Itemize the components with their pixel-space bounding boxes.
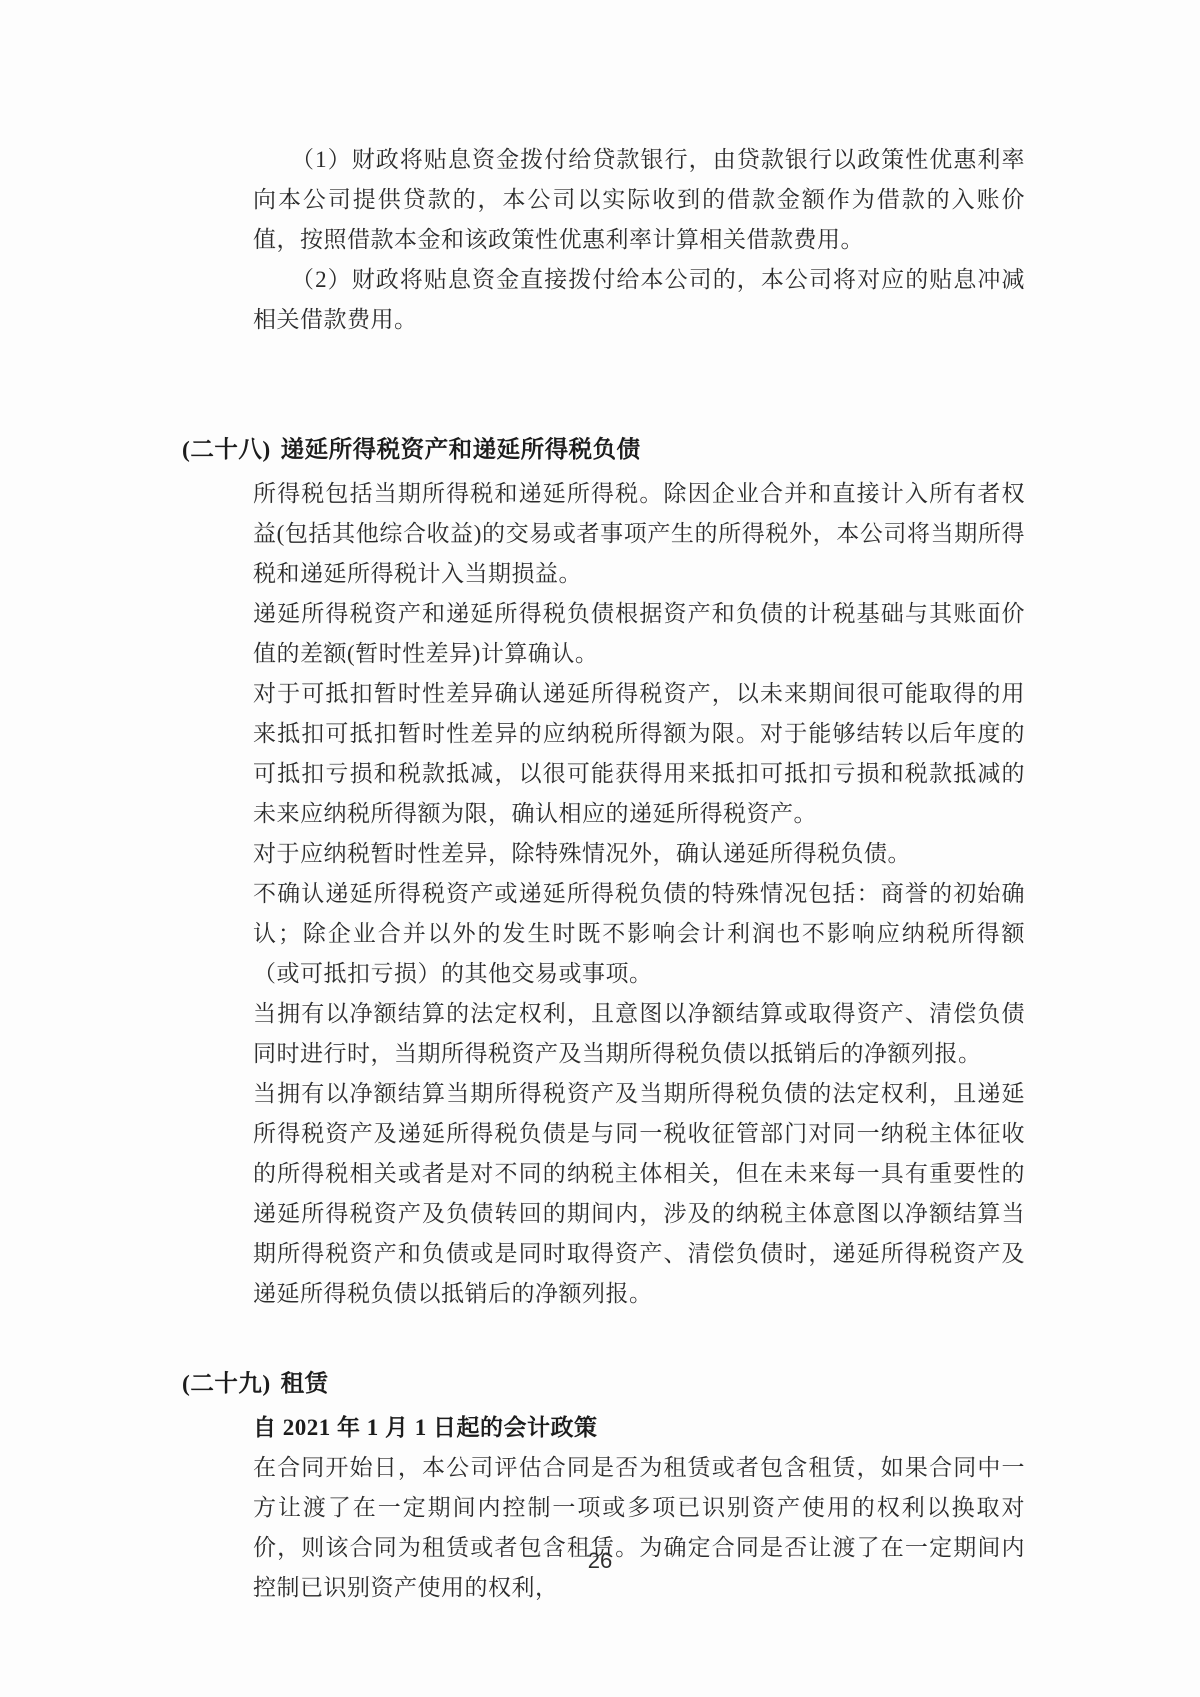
section-29-subheading: 自 2021 年 1 月 1 日起的会计政策 <box>253 1408 1025 1448</box>
page-content: （1）财政将贴息资金拨付给贷款银行，由贷款银行以政策性优惠利率向本公司提供贷款的… <box>182 140 1025 1608</box>
section-29-body: 自 2021 年 1 月 1 日起的会计政策 在合同开始日，本公司评估合同是否为… <box>253 1408 1025 1608</box>
section-28-paragraph-6: 当拥有以净额结算的法定权利，且意图以净额结算或取得资产、清偿负债同时进行时，当期… <box>253 994 1025 1074</box>
intro-section: （1）财政将贴息资金拨付给贷款银行，由贷款银行以政策性优惠利率向本公司提供贷款的… <box>253 140 1025 340</box>
section-28-title: 递延所得税资产和递延所得税负债 <box>281 437 641 463</box>
document-page: （1）财政将贴息资金拨付给贷款银行，由贷款银行以政策性优惠利率向本公司提供贷款的… <box>0 0 1200 1697</box>
section-29-paragraph-1: 在合同开始日，本公司评估合同是否为租赁或者包含租赁，如果合同中一方让渡了在一定期… <box>253 1448 1025 1608</box>
section-28-paragraph-4: 对于应纳税暂时性差异，除特殊情况外，确认递延所得税负债。 <box>253 834 1025 874</box>
section-deferred-tax: (二十八)递延所得税资产和递延所得税负债 所得税包括当期所得税和递延所得税。除因… <box>182 430 1025 1314</box>
section-29-title: 租赁 <box>281 1371 329 1397</box>
intro-paragraph-1: （1）财政将贴息资金拨付给贷款银行，由贷款银行以政策性优惠利率向本公司提供贷款的… <box>253 140 1025 260</box>
section-29-number: (二十九) <box>182 1371 271 1397</box>
section-29-heading: (二十九)租赁 <box>182 1364 1025 1404</box>
section-28-paragraph-1: 所得税包括当期所得税和递延所得税。除因企业合并和直接计入所有者权益(包括其他综合… <box>253 474 1025 594</box>
section-28-body: 所得税包括当期所得税和递延所得税。除因企业合并和直接计入所有者权益(包括其他综合… <box>253 474 1025 1314</box>
page-number: 26 <box>0 1546 1200 1576</box>
section-28-paragraph-5: 不确认递延所得税资产或递延所得税负债的特殊情况包括：商誉的初始确认；除企业合并以… <box>253 874 1025 994</box>
section-28-paragraph-2: 递延所得税资产和递延所得税负债根据资产和负债的计税基础与其账面价值的差额(暂时性… <box>253 594 1025 674</box>
intro-paragraph-2: （2）财政将贴息资金直接拨付给本公司的，本公司将对应的贴息冲减相关借款费用。 <box>253 260 1025 340</box>
section-28-paragraph-3: 对于可抵扣暂时性差异确认递延所得税资产，以未来期间很可能取得的用来抵扣可抵扣暂时… <box>253 674 1025 834</box>
section-28-heading: (二十八)递延所得税资产和递延所得税负债 <box>182 430 1025 470</box>
section-28-number: (二十八) <box>182 437 271 463</box>
section-28-paragraph-7: 当拥有以净额结算当期所得税资产及当期所得税负债的法定权利，且递延所得税资产及递延… <box>253 1074 1025 1314</box>
